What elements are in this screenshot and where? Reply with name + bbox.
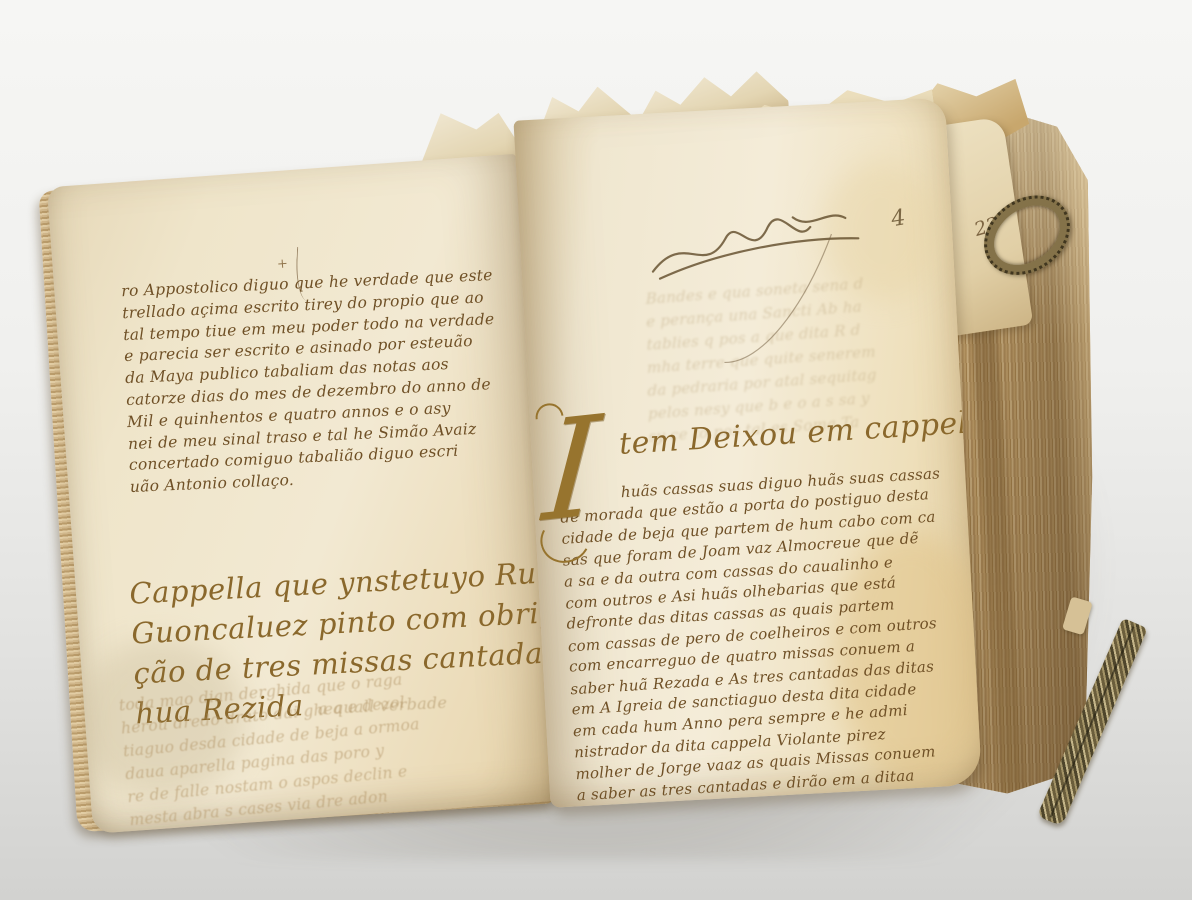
archivist-rubric-flourish	[640, 187, 903, 399]
manuscript-book: 22 de D. Joaquina + ro Appostolico diguo…	[39, 64, 1152, 858]
initial-letter: I	[540, 399, 629, 538]
decorated-initial: I	[541, 401, 630, 565]
left-page-text-block: ro Appostolico diguo que he verdade que …	[121, 265, 502, 499]
rubric-strokes	[640, 187, 903, 399]
cross-mark: +	[756, 806, 770, 808]
photo-background: 22 de D. Joaquina + ro Appostolico diguo…	[0, 0, 1192, 900]
faded-annotation-block: toda mao dian derghida que o raga herou …	[118, 667, 427, 832]
left-page: + ro Appostolico diguo que he verdade qu…	[47, 154, 562, 834]
cross-mark: +	[276, 256, 288, 272]
right-page: 4 Bandes e qua soneta sena d e perança u…	[513, 97, 982, 807]
